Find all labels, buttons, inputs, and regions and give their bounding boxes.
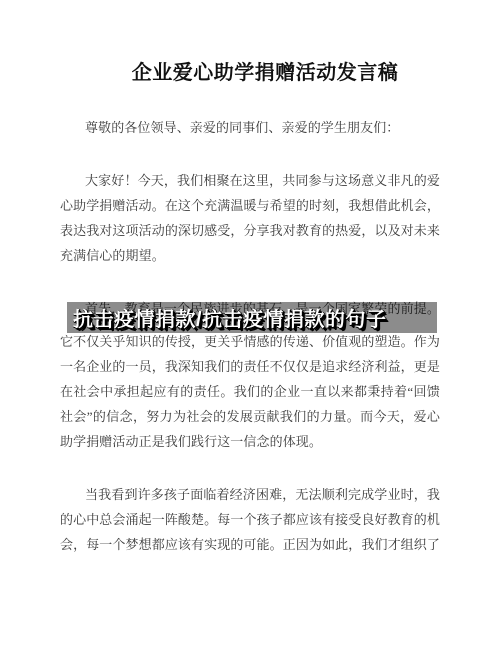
- greeting-paragraph: 尊敬的各位领导、亲爱的同事们、亲爱的学生朋友们：: [60, 115, 440, 140]
- body-line: 大家好！今天，我们相聚在这里，共同参与这场意义非凡的爱: [60, 168, 440, 193]
- greeting-line: 尊敬的各位领导、亲爱的同事们、亲爱的学生朋友们：: [60, 115, 440, 140]
- paragraph-education-rest: 它不仅关乎知识的传授，更关乎情感的传递、价值观的塑造。作为 一名企业的一员，我深…: [60, 329, 440, 454]
- document-page: 企业爱心助学捐赠活动发言稿 尊敬的各位领导、亲爱的同事们、亲爱的学生朋友们： 大…: [0, 0, 500, 647]
- body-line: 表达我对这项活动的深切感受，分享我对教育的热爱，以及对未来: [60, 218, 440, 243]
- paragraph-children: 当我看到许多孩子面临着经济困难，无法顺利完成学业时，我 的心中总会涌起一阵酸楚。…: [60, 482, 440, 557]
- body-line: 心助学捐赠活动。在这个充满温暖与希望的时刻，我想借此机会，: [60, 193, 440, 218]
- body-line: 充满信心的期望。: [60, 243, 440, 268]
- ad-overlay-band[interactable]: 抗击疫情捐款/抗击疫情捐款的句子: [67, 302, 437, 333]
- body-line: 会，每一个梦想都应该有实现的可能。正因为如此，我们才组织了: [60, 532, 440, 557]
- document-content: 企业爱心助学捐赠活动发言稿 尊敬的各位领导、亲爱的同事们、亲爱的学生朋友们： 大…: [60, 0, 440, 557]
- page-title: 企业爱心助学捐赠活动发言稿: [75, 58, 455, 88]
- body-line: 社会”的信念，努力为社会的发展贡献我们的力量。而今天，爱心: [60, 404, 440, 429]
- body-line: 助学捐赠活动正是我们践行这一信念的体现。: [60, 429, 440, 454]
- body-line: 当我看到许多孩子面临着经济困难，无法顺利完成学业时，我: [60, 482, 440, 507]
- body-line: 的心中总会涌起一阵酸楚。每一个孩子都应该有接受良好教育的机: [60, 507, 440, 532]
- ad-overlay-link[interactable]: 抗击疫情捐款/抗击疫情捐款的句子: [73, 309, 387, 331]
- paragraph-intro: 大家好！今天，我们相聚在这里，共同参与这场意义非凡的爱 心助学捐赠活动。在这个充…: [60, 168, 440, 268]
- body-line: 一名企业的一员，我深知我们的责任不仅仅是追求经济利益，更是: [60, 354, 440, 379]
- body-line: 在社会中承担起应有的责任。我们的企业一直以来都秉持着“回馈: [60, 379, 440, 404]
